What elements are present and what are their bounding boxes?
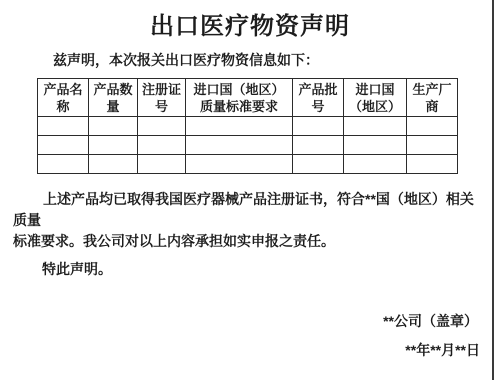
table-cell-empty (38, 136, 89, 155)
products-table: 产品名称 产品数量 注册证号 进口国（地区）质量标准要求 产品批号 进口国（地区… (37, 78, 458, 174)
table-cell-empty (38, 117, 89, 136)
page-right-edge-line (492, 0, 494, 380)
table-cell-empty (344, 136, 407, 155)
table-header-row: 产品名称 产品数量 注册证号 进口国（地区）质量标准要求 产品批号 进口国（地区… (38, 79, 458, 117)
table-cell-empty (138, 136, 186, 155)
table-cell-empty (138, 155, 186, 174)
col-header-manufacturer: 生产厂商 (407, 79, 458, 117)
signature-date: **年**月**日 (405, 342, 480, 358)
table-cell-empty (344, 117, 407, 136)
col-header-product-batch-number: 产品批号 (293, 79, 344, 117)
table-cell-empty (89, 117, 138, 136)
col-header-import-country-quality-standard: 进口国（地区）质量标准要求 (186, 79, 293, 117)
signature-company-seal: **公司（盖章） (383, 313, 478, 329)
declaration-line-1: 上述产品均已取得我国医疗器械产品注册证书，符合**国（地区）相关质量 (13, 189, 487, 231)
table-row (38, 155, 458, 174)
table-row (38, 117, 458, 136)
page-title: 出口医疗物资声明 (0, 0, 500, 41)
table-cell-empty (89, 155, 138, 174)
table-cell-empty (38, 155, 89, 174)
intro-text: 兹声明，本次报关出口医疗物资信息如下： (53, 52, 500, 68)
table-cell-empty (344, 155, 407, 174)
table-row (38, 136, 458, 155)
closing-statement: 特此声明。 (42, 261, 500, 277)
table-cell-empty (186, 136, 293, 155)
table-cell-empty (407, 136, 458, 155)
declaration-paragraph: 上述产品均已取得我国医疗器械产品注册证书，符合**国（地区）相关质量 标准要求。… (13, 189, 487, 252)
declaration-document: 出口医疗物资声明 兹声明，本次报关出口医疗物资信息如下： 产品名称 产品数量 注… (0, 0, 500, 380)
table-cell-empty (186, 117, 293, 136)
table-cell-empty (407, 155, 458, 174)
table-cell-empty (293, 155, 344, 174)
table-cell-empty (89, 136, 138, 155)
products-table-body (38, 117, 458, 174)
declaration-line-2: 标准要求。我公司对以上内容承担如实申报之责任。 (13, 231, 487, 252)
table-cell-empty (407, 117, 458, 136)
table-cell-empty (186, 155, 293, 174)
col-header-product-quantity: 产品数量 (89, 79, 138, 117)
products-table-header: 产品名称 产品数量 注册证号 进口国（地区）质量标准要求 产品批号 进口国（地区… (38, 79, 458, 117)
col-header-registration-number: 注册证号 (138, 79, 186, 117)
table-cell-empty (138, 117, 186, 136)
col-header-import-country: 进口国（地区） (344, 79, 407, 117)
table-cell-empty (293, 136, 344, 155)
table-cell-empty (293, 117, 344, 136)
col-header-product-name: 产品名称 (38, 79, 89, 117)
